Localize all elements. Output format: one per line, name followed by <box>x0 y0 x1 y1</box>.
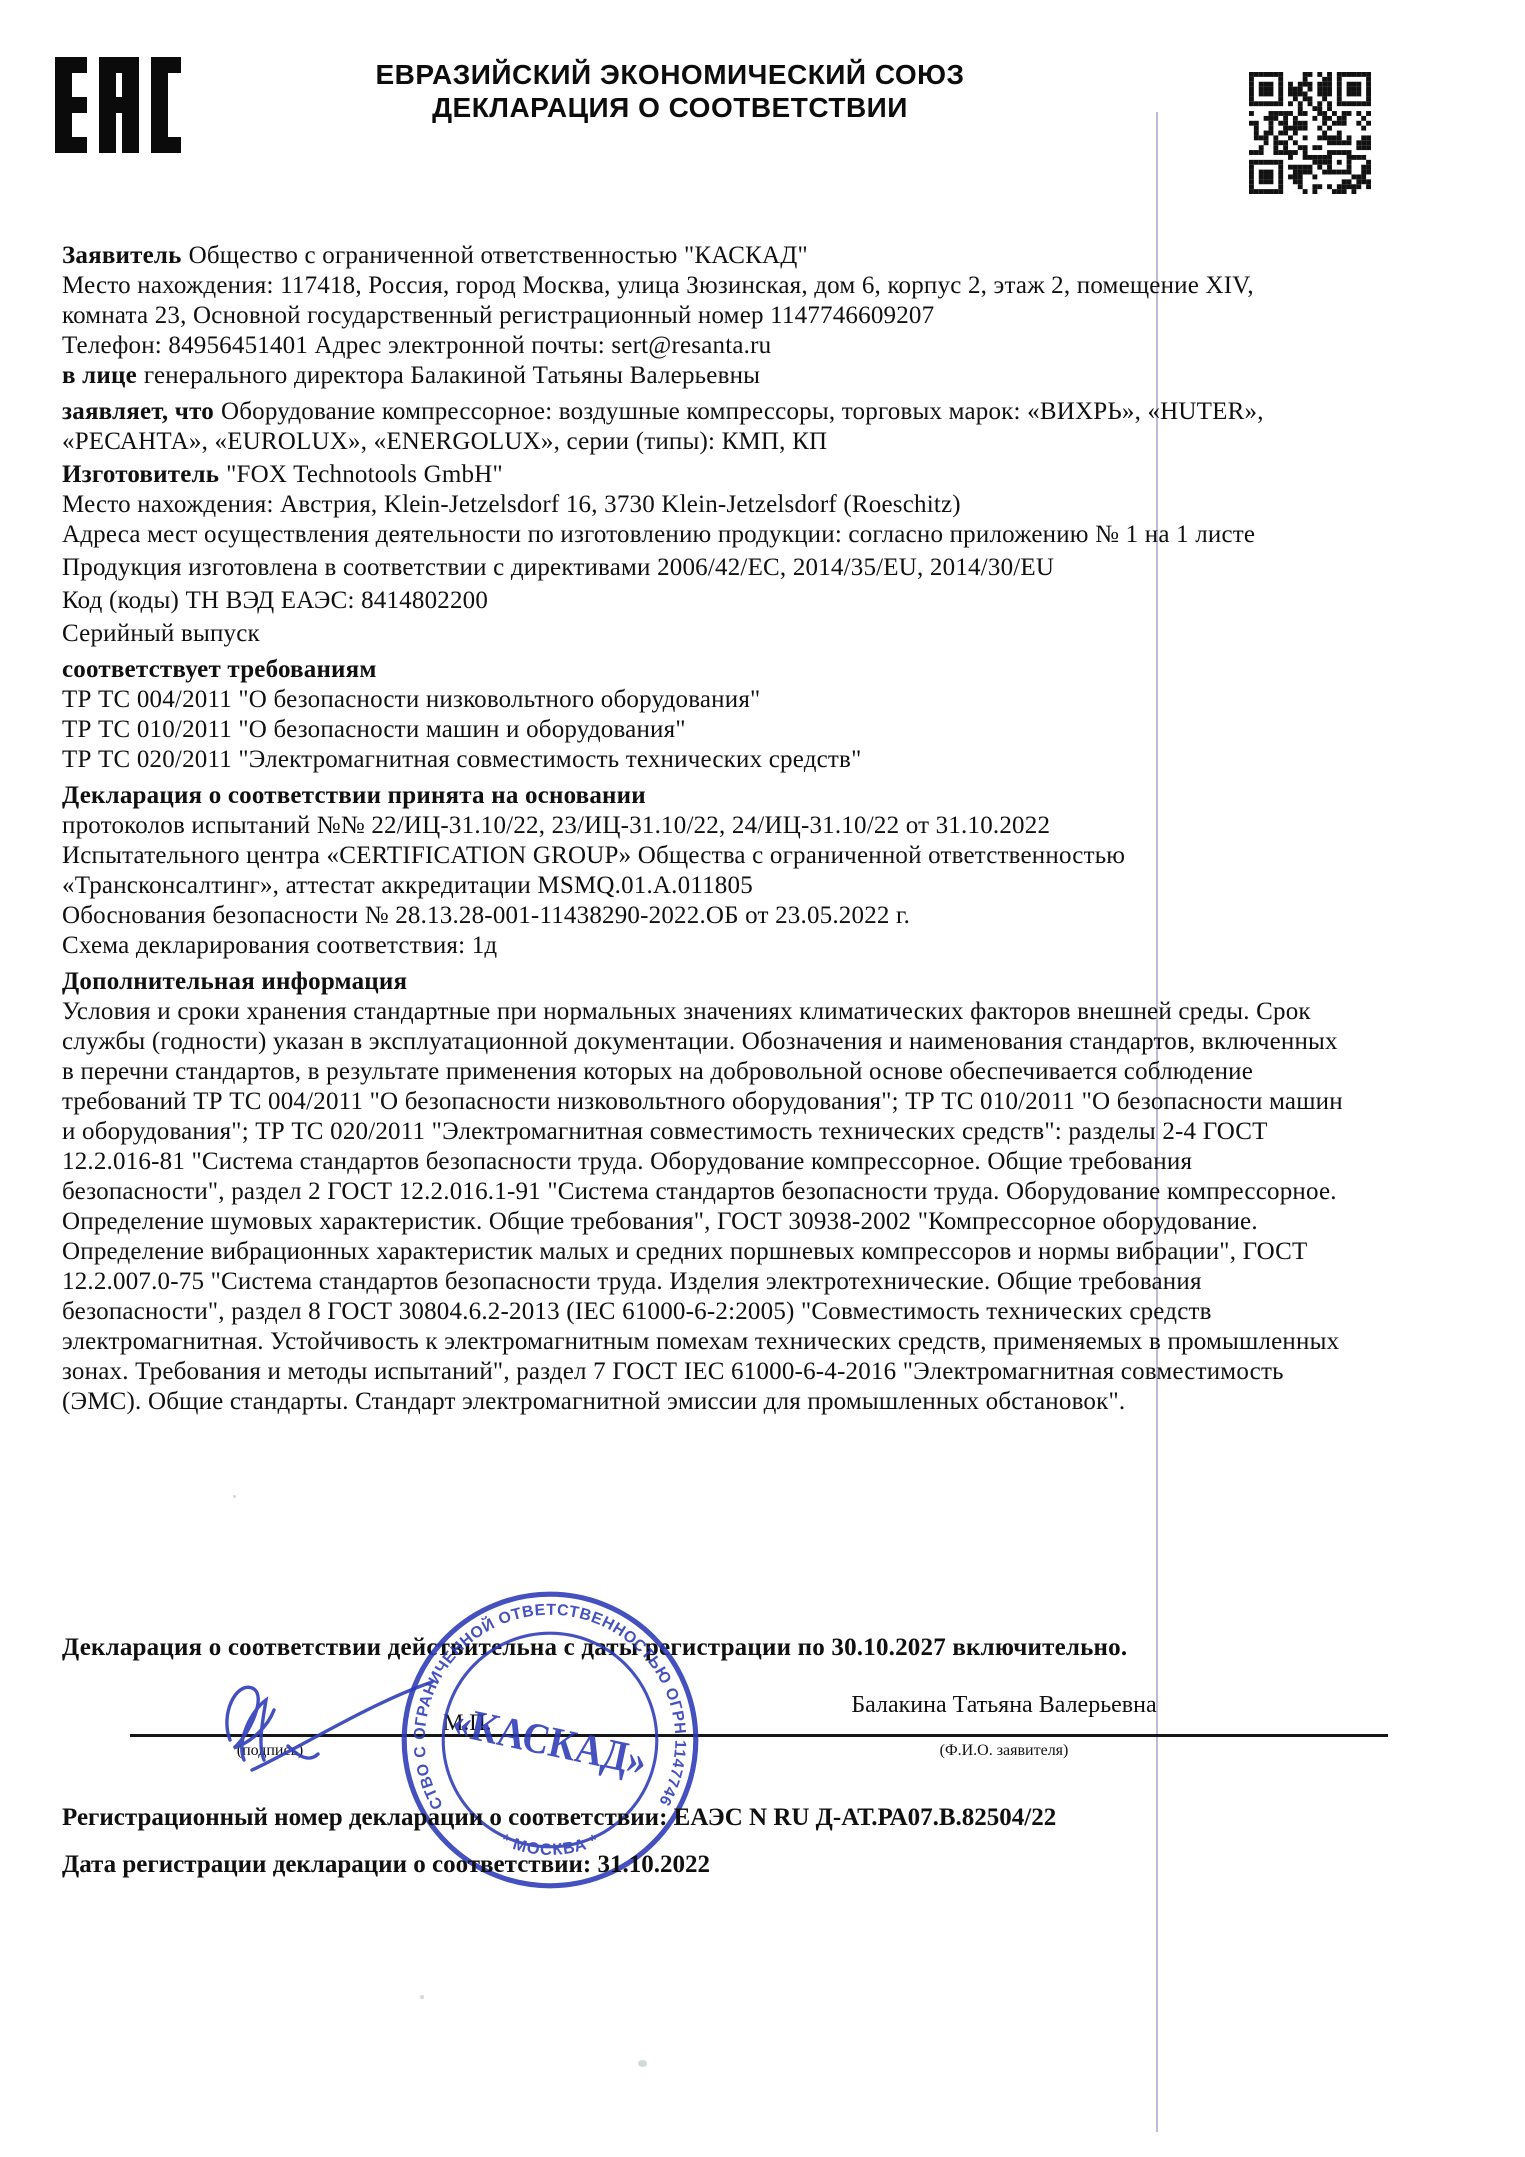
in-person-value: генерального директора Балакиной Татьяны… <box>144 362 760 389</box>
tn-ved-code: Код (коды) ТН ВЭД ЕАЭС: 8414802200 <box>62 586 1344 616</box>
contacts-line: Телефон: 84956451401 Адрес электронной п… <box>62 331 1344 361</box>
additional-heading: Дополнительная информация <box>62 967 1344 997</box>
additional-text: Условия и сроки хранения стандартные при… <box>62 997 1344 1417</box>
tr-requirement-2: ТР ТС 010/2011 "О безопасности машин и о… <box>62 715 1344 745</box>
complies-heading: соответствует требованиям <box>62 655 1344 685</box>
registration-number-line: Регистрационный номер декларации о соотв… <box>62 1804 1362 1832</box>
production-sites: Адреса мест осуществления деятельности п… <box>62 520 1344 550</box>
declaration-body: ЗаявительОбщество с ограниченной ответст… <box>62 241 1344 1417</box>
scan-speck <box>233 1495 236 1498</box>
eac-mark-icon <box>55 57 181 153</box>
doc-type: ДЕКЛАРАЦИЯ О СООТВЕТСТВИИ <box>280 91 1060 124</box>
company-stamp: ОБЩЕСТВО С ОГРАНИЧЕННОЙ ОТВЕТСТВЕННОСТЬЮ… <box>396 1586 704 1894</box>
document-title: ЕВРАЗИЙСКИЙ ЭКОНОМИЧЕСКИЙ СОЮЗ ДЕКЛАРАЦИ… <box>280 58 1060 124</box>
in-person-label: в лице <box>62 362 137 389</box>
tr-requirement-3: ТР ТС 020/2011 "Электромагнитная совмест… <box>62 745 1344 775</box>
scan-speck <box>638 2060 647 2067</box>
protocols-line: протоколов испытаний №№ 22/ИЦ-31.10/22, … <box>62 811 1344 841</box>
manufacturer-label: Изготовитель <box>62 461 219 488</box>
test-center-line: Испытательного центра «CERTIFICATION GRO… <box>62 841 1344 901</box>
applicant-fio: Балакина Татьяна Валерьевна <box>804 1692 1204 1719</box>
declaration-document: ЕВРАЗИЙСКИЙ ЭКОНОМИЧЕСКИЙ СОЮЗ ДЕКЛАРАЦИ… <box>0 0 1525 2157</box>
declares-line: заявляет, чтоОборудование компрессорное:… <box>62 397 1344 457</box>
registration-date-line: Дата регистрации декларации о соответств… <box>62 1851 1362 1879</box>
svg-text:ОБЩЕСТВО С ОГРАНИЧЕННОЙ ОТВЕТС: ОБЩЕСТВО С ОГРАНИЧЕННОЙ ОТВЕТСТВЕННОСТЬЮ… <box>396 1586 688 1812</box>
stamp-center-text: «КАСКАД» <box>448 1698 651 1785</box>
directives-line: Продукция изготовлена в соответствии с д… <box>62 553 1344 583</box>
manufacturer-value: "FOX Technotools GmbH" <box>226 461 503 488</box>
in-person-line: в лицегенерального директора Балакиной Т… <box>62 361 1344 391</box>
tr-requirement-1: ТР ТС 004/2011 "О безопасности низковоль… <box>62 685 1344 715</box>
applicant-address: Место нахождения: 117418, Россия, город … <box>62 271 1344 331</box>
declaration-scheme: Схема декларирования соответствия: 1д <box>62 931 1344 961</box>
declares-value: Оборудование компрессорное: воздушные ко… <box>62 398 1264 455</box>
fio-caption: (Ф.И.О. заявителя) <box>854 1742 1154 1760</box>
applicant-line: ЗаявительОбщество с ограниченной ответст… <box>62 241 1344 271</box>
qr-code <box>1249 72 1371 194</box>
manufacturer-line: Изготовитель"FOX Technotools GmbH" <box>62 460 1344 490</box>
union-name: ЕВРАЗИЙСКИЙ ЭКОНОМИЧЕСКИЙ СОЮЗ <box>280 58 1060 91</box>
scan-speck <box>420 1995 424 1999</box>
declares-label: заявляет, что <box>62 398 214 425</box>
applicant-label: Заявитель <box>62 242 182 269</box>
manufacturer-address: Место нахождения: Австрия, Klein-Jetzels… <box>62 490 1344 520</box>
release-type: Серийный выпуск <box>62 619 1344 649</box>
stamp-ring-text: ОБЩЕСТВО С ОГРАНИЧЕННОЙ ОТВЕТСТВЕННОСТЬЮ… <box>396 1586 688 1812</box>
basis-heading: Декларация о соответствии принята на осн… <box>62 781 1344 811</box>
applicant-value: Общество с ограниченной ответственностью… <box>189 242 808 269</box>
safety-justification: Обоснования безопасности № 28.13.28-001-… <box>62 901 1344 931</box>
